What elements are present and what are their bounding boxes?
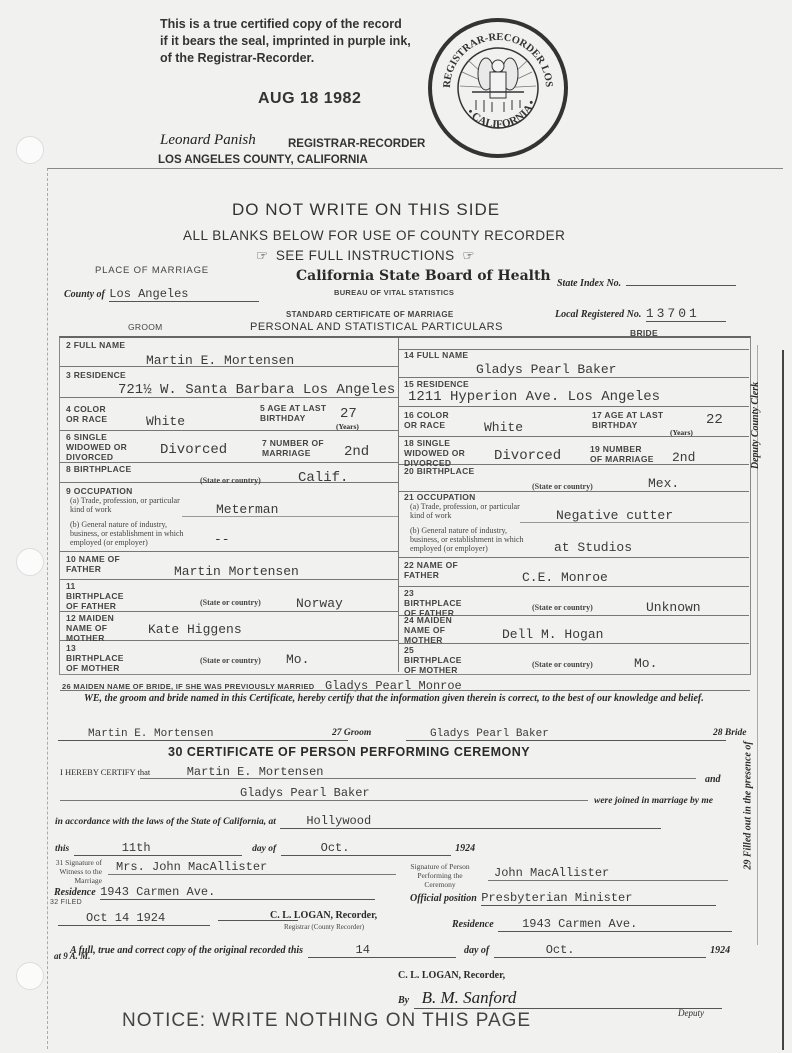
witness-label: 31 Signature of Witness to the Marriage: [46, 858, 102, 885]
ceremony-date-line: this 11th day of Oct. 1924: [55, 838, 475, 856]
row-line: [60, 579, 398, 580]
bride-residence-label: 15 RESIDENCE: [404, 379, 469, 389]
groom-residence-label: 3 RESIDENCE: [66, 370, 126, 380]
groom-age: 27: [340, 406, 357, 422]
registrar-signature: Leonard Panish: [160, 132, 256, 149]
groom-occupation-label: 9 OCCUPATION: [66, 486, 133, 496]
groom-occ-a-label: (a) Trade, profession, or particular kin…: [70, 496, 180, 514]
registrar-jurisdiction: LOS ANGELES COUNTY, CALIFORNIA: [158, 152, 368, 169]
see-instructions: ☞ SEE FULL INSTRUCTIONS ☞: [256, 248, 475, 264]
bride-occupation-label: 21 OCCUPATION: [404, 492, 476, 502]
bride-birthplace: Mex.: [648, 476, 679, 491]
groom-full-name-label: 2 FULL NAME: [66, 340, 125, 350]
deputy-label: Deputy: [678, 1008, 704, 1018]
row-line: [399, 406, 749, 407]
bride-age: 22: [706, 412, 723, 428]
and-label: and: [705, 774, 721, 785]
performer-label: Signature of Person Performing the Cerem…: [402, 862, 478, 889]
state-country-caption: (State or country): [532, 482, 593, 491]
groom-father-name-label: 10 NAME OF FATHER: [66, 554, 122, 574]
groom-marital-label: 6 SINGLE WIDOWED OR DIVORCED: [66, 432, 146, 462]
bride-number-marriage: 2nd: [672, 450, 695, 465]
groom-number-marriage-label: 7 NUMBER OF MARRIAGE: [262, 438, 328, 458]
bride-mother-birthplace: Mo.: [634, 656, 657, 671]
bride-residence: 1211 Hyperion Ave. Los Angeles: [408, 389, 660, 405]
performer-signature: John MacAllister: [494, 866, 609, 880]
row-line: [520, 522, 749, 523]
groom-full-name: Martin E. Mortensen: [146, 353, 294, 368]
groom-color-label: 4 COLOR OR RACE: [66, 404, 121, 424]
bride-father-birthplace-label: 23 BIRTHPLACE OF FATHER: [404, 588, 474, 618]
deputy-county-clerk-label: Deputy County Clerk: [750, 382, 761, 469]
bride-father-name-label: 22 NAME OF FATHER: [404, 560, 460, 580]
right-edge-rule: [782, 350, 784, 1050]
copy-time: at 9 A. M.: [54, 951, 90, 961]
groom-heading: GROOM: [128, 322, 163, 332]
certificate-type: STANDARD CERTIFICATE OF MARRIAGE: [286, 310, 454, 320]
row-line: [60, 690, 750, 691]
bride-mother-maiden-label: 24 MAIDEN NAME OF MOTHER: [404, 615, 454, 645]
place-of-marriage-label: PLACE OF MARRIAGE: [95, 266, 209, 276]
groom-father-birthplace-label: 11 BIRTHPLACE OF FATHER: [66, 581, 136, 611]
county-seal: REGISTRAR-RECORDER LOS ANGELES COUNTY • …: [428, 18, 568, 158]
recorder-name: C. L. LOGAN, Recorder,: [270, 910, 377, 921]
local-registered-field: Local Registered No. 13701: [555, 304, 726, 322]
groom-residence: 721½ W. Santa Barbara Los Angeles: [118, 382, 395, 398]
groom-marital: Divorced: [160, 442, 227, 458]
row-line: [60, 800, 588, 801]
bride-marital-label: 18 SINGLE WIDOWED OR DIVORCED: [404, 438, 484, 468]
seal-emblem-icon: REGISTRAR-RECORDER LOS ANGELES COUNTY • …: [432, 22, 564, 154]
row-line: [399, 436, 749, 437]
certified-copy-statement: This is a true certified copy of the rec…: [160, 16, 440, 67]
groom-mother-maiden: Kate Higgens: [148, 622, 242, 637]
row-line: [399, 377, 749, 378]
state-country-caption: (State or country): [532, 660, 593, 669]
registrar-caption: Registrar (County Recorder): [284, 923, 364, 931]
filed-label: 32 FILED: [50, 898, 82, 908]
pointing-hand-icon: ☞: [462, 248, 474, 264]
row-line: [60, 462, 398, 463]
groom-number-marriage: 2nd: [344, 444, 369, 460]
groom-birthplace: Calif.: [298, 470, 348, 486]
board-of-health: California State Board of Health: [296, 268, 551, 284]
bride-full-name: Gladys Pearl Baker: [476, 362, 616, 377]
groom-occ-b-label: (b) General nature of industry, business…: [70, 520, 196, 547]
punch-hole: [16, 962, 44, 990]
copy-statement-line: A full, true and correct copy of the ori…: [70, 940, 730, 958]
bride-number-marriage-label: 19 NUMBER OF MARRIAGE: [590, 444, 656, 464]
punch-hole: [16, 548, 44, 576]
row-line: [108, 874, 396, 875]
groom-age-label: 5 AGE AT LAST BIRTHDAY: [260, 403, 332, 423]
row-line: [182, 516, 398, 517]
state-country-caption: (State or country): [532, 603, 593, 612]
groom-occ-a: Meterman: [216, 502, 278, 517]
bride-occ-b-label: (b) General nature of industry, business…: [410, 526, 536, 553]
bride-father-name: C.E. Monroe: [522, 570, 608, 585]
bride-color: White: [484, 420, 523, 435]
row-line: [60, 551, 398, 552]
groom-color: White: [146, 414, 185, 429]
bureau: BUREAU OF VITAL STATISTICS: [334, 288, 454, 298]
notice-bottom: NOTICE: WRITE NOTHING ON THIS PAGE: [122, 1010, 531, 1032]
state-country-caption: (State or country): [200, 598, 261, 607]
row-line: [60, 611, 398, 612]
ceremony-title: 30 CERTIFICATE OF PERSON PERFORMING CERE…: [168, 745, 530, 759]
ceremony-bride-name: Gladys Pearl Baker: [240, 786, 370, 800]
performer-residence-line: Residence 1943 Carmen Ave.: [452, 914, 732, 932]
particulars-heading: PERSONAL AND STATISTICAL PARTICULARS: [250, 321, 503, 333]
column-divider: [398, 338, 399, 672]
certified-date: AUG 18 1982: [258, 90, 361, 108]
bride-occ-a: Negative cutter: [556, 508, 673, 523]
groom-birthplace-label: 8 BIRTHPLACE: [66, 464, 131, 474]
svg-text:• CALIFORNIA •: • CALIFORNIA •: [464, 98, 538, 130]
joined-label: were joined in marriage by me: [594, 796, 713, 806]
bride-years-caption: (Years): [670, 428, 693, 437]
row-line: [488, 880, 728, 881]
groom-father-name: Martin Mortensen: [174, 564, 299, 579]
groom-occ-b: --: [214, 532, 230, 547]
registrar-title: REGISTRAR-RECORDER: [288, 136, 425, 153]
deputy-signature-line: By B. M. Sanford: [398, 988, 722, 1009]
groom-years-caption: (Years): [336, 422, 359, 431]
state-index-field: State Index No.: [557, 273, 736, 291]
groom-father-birthplace: Norway: [296, 596, 343, 611]
official-position-line: Official position Presbyterian Minister: [410, 888, 716, 906]
ceremony-place-line: in accordance with the laws of the State…: [55, 811, 661, 829]
bride-full-name-label: 14 FULL NAME: [404, 350, 468, 360]
row-line: [399, 586, 749, 587]
groom-signature-line: Martin E. Mortensen 27 Groom Gladys Pear…: [58, 728, 748, 744]
groom-mother-maiden-label: 12 MAIDEN NAME OF MOTHER: [66, 613, 116, 643]
groom-mother-birthplace: Mo.: [286, 652, 309, 667]
witness-signature: Mrs. John MacAllister: [116, 860, 267, 874]
row-line: [399, 557, 749, 558]
notice-top: DO NOT WRITE ON THIS SIDE: [232, 200, 500, 220]
bride-birthplace-label: 20 BIRTHPLACE: [404, 466, 475, 476]
bride-mother-birthplace-label: 25 BIRTHPLACE OF MOTHER: [404, 645, 474, 675]
certification-statement: WE, the groom and bride named in this Ce…: [58, 692, 748, 705]
bride-marital: Divorced: [494, 448, 561, 464]
punch-hole: [16, 136, 44, 164]
row-line: [140, 778, 696, 779]
witness-residence-line: Residence 1943 Carmen Ave.: [54, 882, 375, 900]
bride-occ-b: at Studios: [554, 540, 632, 555]
county-field: County of Los Angeles: [64, 284, 259, 302]
filed-date-line: Oct 14 1924: [58, 908, 298, 926]
bride-color-label: 16 COLOR OR RACE: [404, 410, 459, 430]
all-blanks-notice: ALL BLANKS BELOW FOR USE OF COUNTY RECOR…: [183, 228, 565, 243]
state-country-caption: (State or country): [200, 476, 261, 485]
state-country-caption: (State or country): [200, 656, 261, 665]
bride-mother-maiden: Dell M. Hogan: [502, 627, 603, 642]
groom-mother-birthplace-label: 13 BIRTHPLACE OF MOTHER: [66, 643, 136, 673]
bride-occ-a-label: (a) Trade, profession, or particular kin…: [410, 502, 520, 520]
pointing-hand-icon: ☞: [256, 248, 268, 264]
bride-father-birthplace: Unknown: [646, 600, 701, 615]
bride-age-label: 17 AGE AT LAST BIRTHDAY: [592, 410, 664, 430]
filled-out-presence-label: 29 Filled out in the presence of: [743, 741, 754, 869]
recorder-name-2: C. L. LOGAN, Recorder,: [398, 970, 505, 981]
